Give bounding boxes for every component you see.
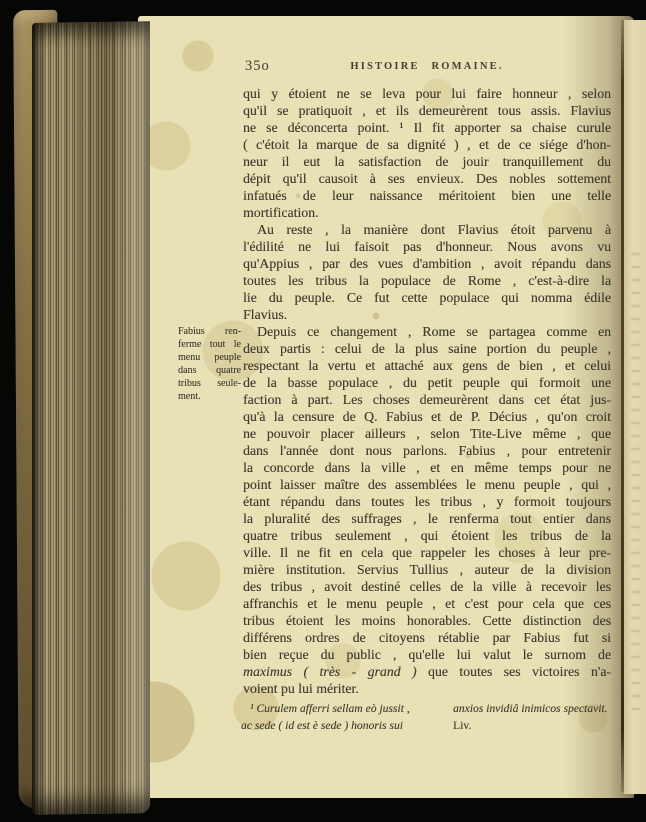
paragraph-2: Au reste , la manière dont Flavius étoit… [243,221,611,323]
text-line: quatre tribus seulement , qui étoient le… [243,527,611,544]
text-line: respectant la vertu et attaché aux gens … [243,357,611,374]
text-line: étant répandu dans toutes les tribus , y… [243,493,611,510]
footnote-line: anxios invidiâ inimicos spectavit. [453,700,613,717]
text-line: ville. Il ne fit en cela que rappeler le… [243,544,611,561]
margin-note: Fabius ren- ferme tout le menu peuple da… [178,325,241,403]
footnote-line: ac sede ( id est è sede ) honoris sui [241,717,441,734]
text-line: mière institution. Servius Tullius , aut… [243,561,611,578]
text-line: de la basse populace , du petit peuple q… [243,374,611,391]
roman-phrase: que toutes ses victoires n'a- [417,664,611,679]
body-text: qui y étoient ne se leva pour lui faire … [243,85,611,697]
text-line: faction à part. Les choses demeurèrent d… [243,391,611,408]
margin-note-line: tribus seule- [178,377,241,390]
margin-note-line: Fabius ren- [178,325,241,338]
footnote: ¹ Curulem afferri sellam eò jussit , ac … [241,700,613,734]
text-line: neur il eut la satisfaction de jouir tra… [243,153,611,170]
text-line: des tribus , avoit destiné celles de la … [243,578,611,595]
text-line: tribus étoient les moins honorables. Cet… [243,612,611,629]
italic-phrase: maximus ( très - grand ) [243,664,417,679]
text-line: ne se déconcerta point. ¹ Il fit apporte… [243,119,611,136]
text-line: toutes les tribus la populace de Rome , … [243,272,611,289]
text-line: ne pouvoir placer ailleurs , selon Tite-… [243,425,611,442]
facing-page-sliver [624,20,646,794]
text-line: mortification. [243,204,611,221]
text-line: qui y étoient ne se leva pour lui faire … [243,85,611,102]
paragraph-1: qui y étoient ne se leva pour lui faire … [243,85,611,221]
margin-note-line: menu peuple [178,351,241,364]
footnote-column-2: anxios invidiâ inimicos spectavit. Liv. [453,700,613,734]
text-line: la pluralité des suffrages , le renferma… [243,510,611,527]
text-line: infatués de leur naissance méritoient bi… [243,187,611,204]
facing-page-text-shadow [631,250,640,710]
text-line-italic-mix: maximus ( très - grand ) que toutes ses … [243,663,611,680]
text-line: Flavius. [243,306,611,323]
text-line: dans l'année dont nous parlons. Fabius ,… [243,442,611,459]
text-line: qu'Appius , par des vues d'ambition , av… [243,255,611,272]
text-line: ( c'étoit la marque de sa dignité ) , et… [243,136,611,153]
margin-note-line: ferme tout le [178,338,241,351]
margin-note-line: dans quatre [178,364,241,377]
page-header: 35o HISTOIRE ROMAINE. [243,58,611,76]
margin-note-line: ment. [178,390,241,403]
text-line: la concorde dans la ville , et en même t… [243,459,611,476]
text-line: Au reste , la manière dont Flavius étoit… [243,221,611,238]
footnote-line: ¹ Curulem afferri sellam eò jussit , [241,700,441,717]
text-line: qu'il se pratiquoit , et ils demeurèrent… [243,102,611,119]
text-line: voient pu lui mériter. [243,680,611,697]
text-line: point laisser maître des assemblées le m… [243,476,611,493]
book-page-stack-edge [32,21,150,815]
running-title: HISTOIRE ROMAINE. [243,61,611,72]
paragraph-3: Depuis ce changement , Rome se partagea … [243,323,611,697]
text-line: qu'à la censure de Q. Fabius et de P. Dé… [243,408,611,425]
text-line: lie du peuple. Ce fut cette populace qui… [243,289,611,306]
text-line: affranchis et le menu peuple , et c'est … [243,595,611,612]
text-line: dépit qu'il causoit à ses envieux. Des n… [243,170,611,187]
footnote-column-1: ¹ Curulem afferri sellam eò jussit , ac … [241,700,441,734]
book-page: 35o HISTOIRE ROMAINE. Fabius ren- ferme … [138,16,634,798]
text-line: différens ordres de citoyens rétablie pa… [243,629,611,646]
book-scan: 35o HISTOIRE ROMAINE. Fabius ren- ferme … [0,0,646,822]
text-line: bien reçue du public , qu'elle lui valut… [243,646,611,663]
text-line: l'édilité ne lui faisoit pas d'honneur. … [243,238,611,255]
text-line: deux partis : celui de la plus saine por… [243,340,611,357]
text-line: Depuis ce changement , Rome se partagea … [243,323,611,340]
footnote-citation: Liv. [453,717,613,734]
